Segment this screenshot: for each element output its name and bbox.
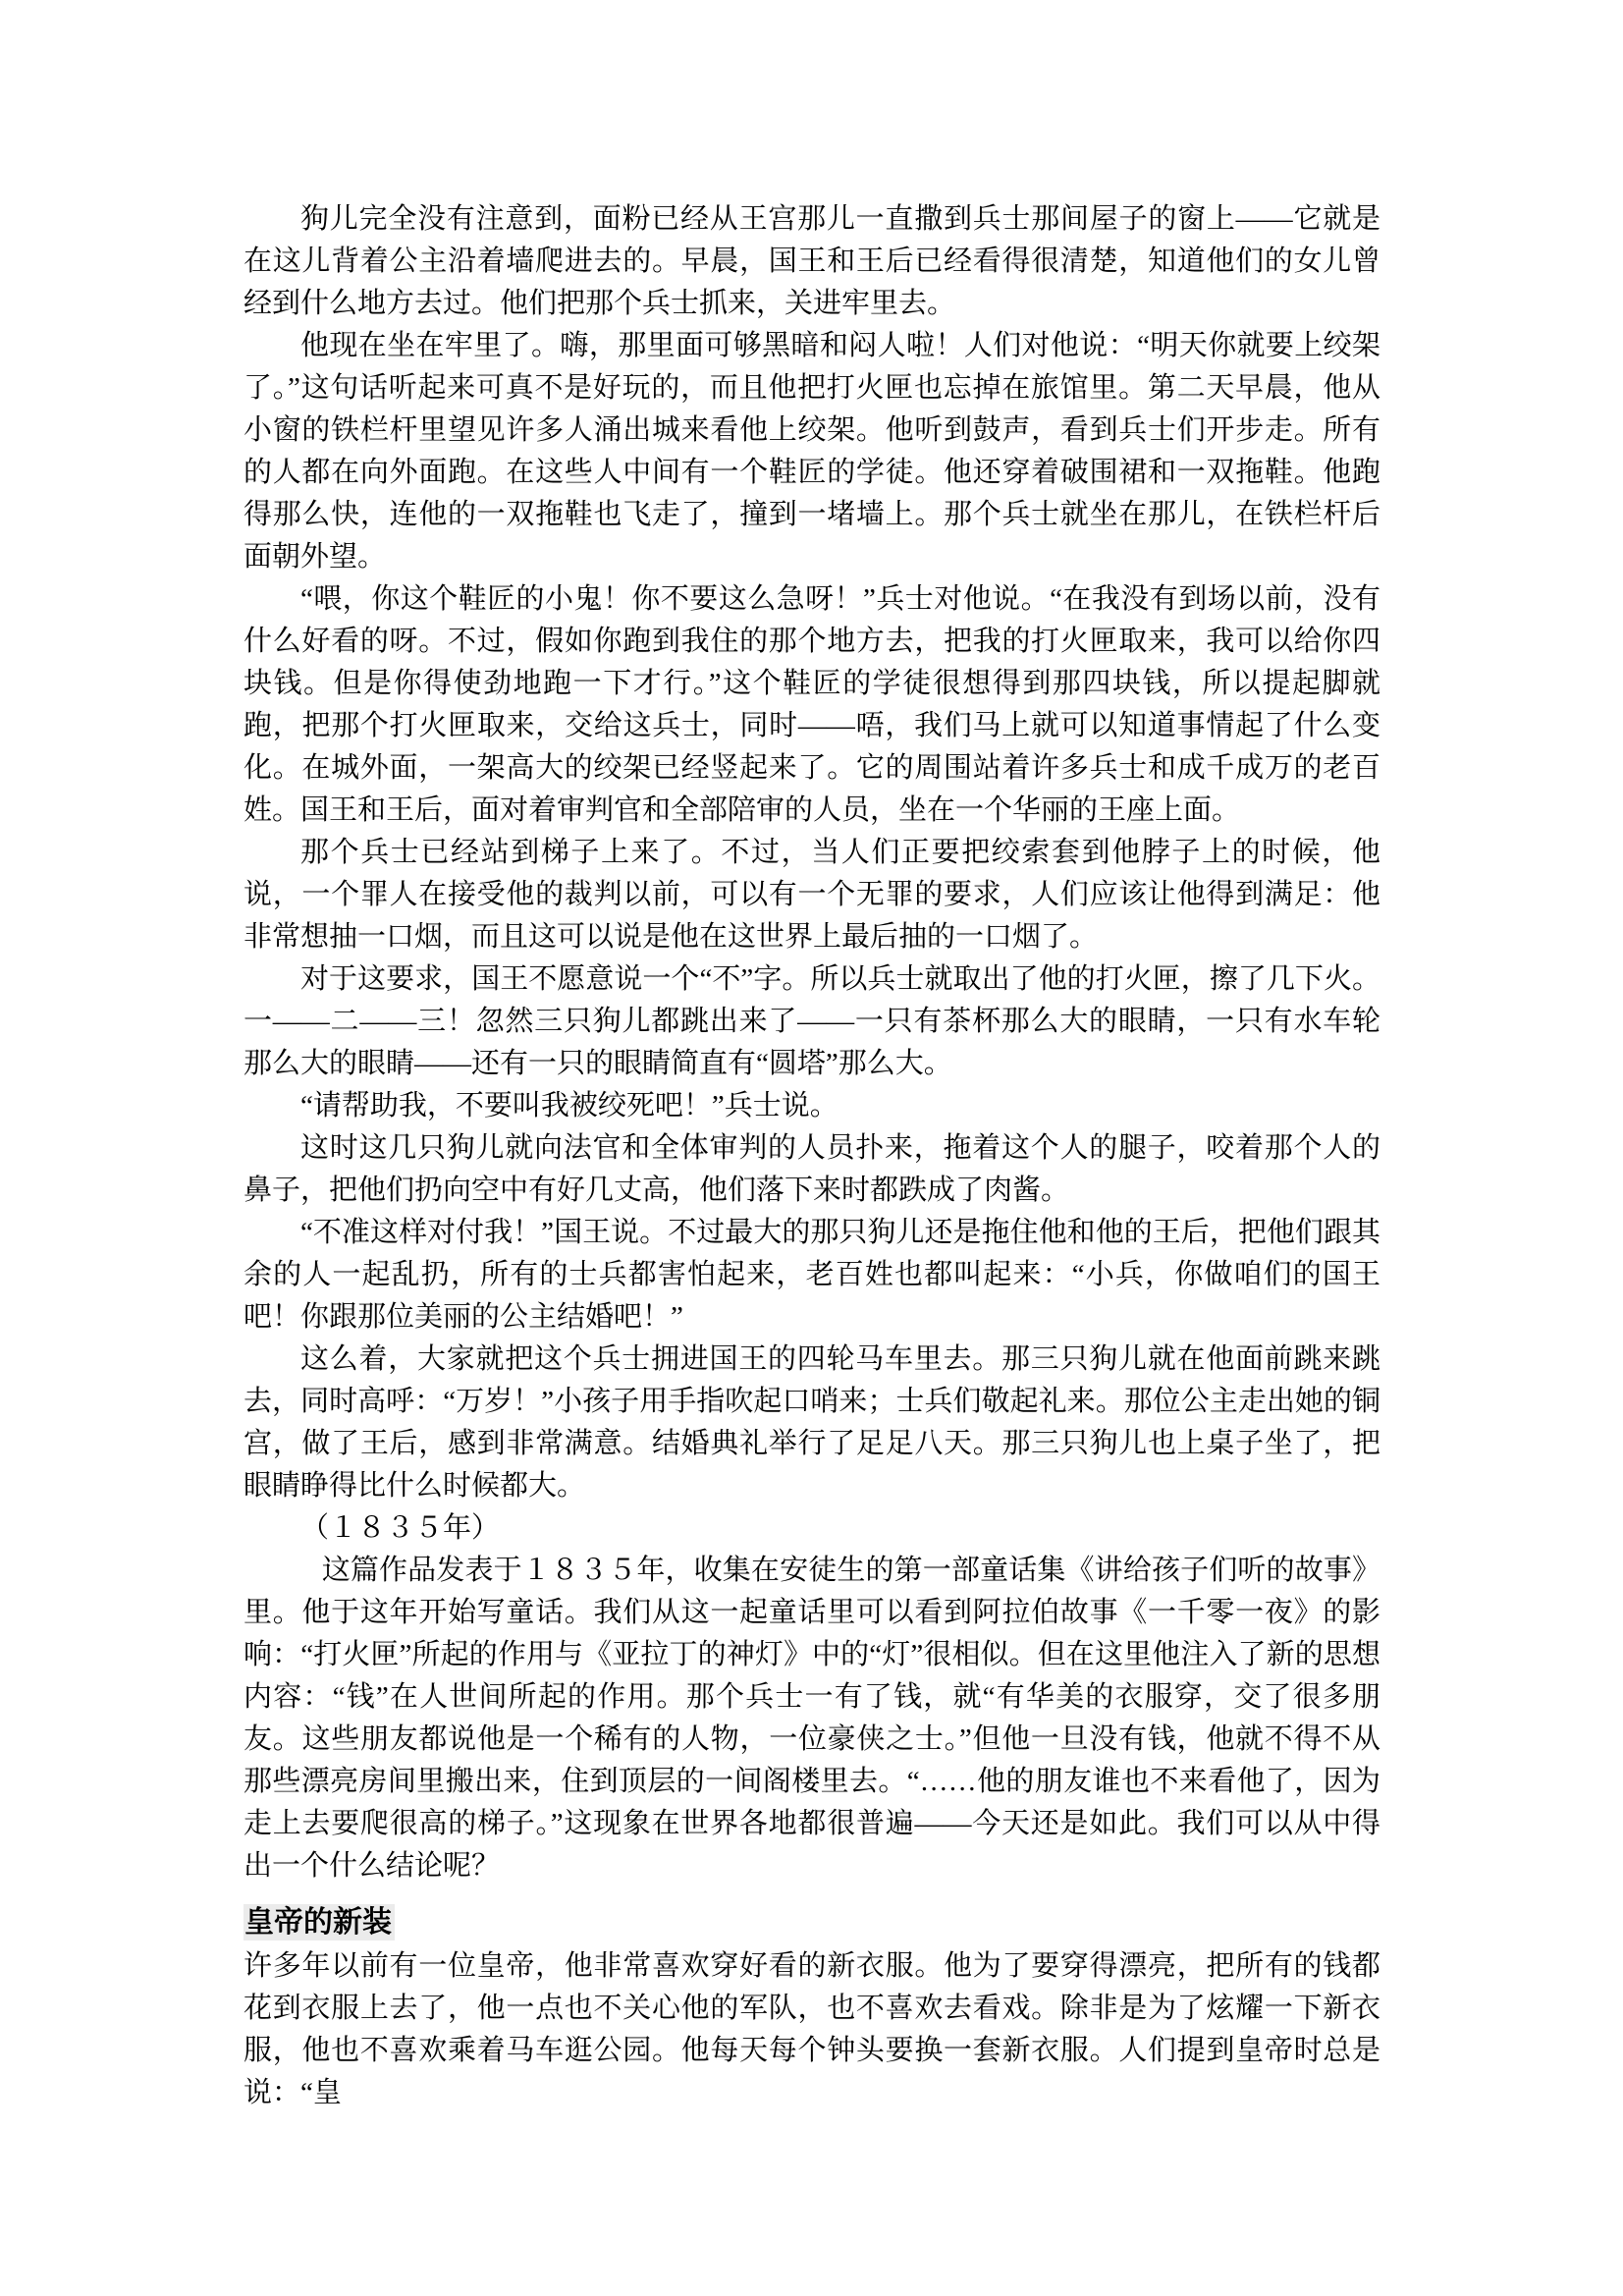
story-paragraph: 他现在坐在牢里了。嗨，那里面可够黑暗和闷人啦！人们对他说：“明天你就要上绞架了。… [243,325,1380,578]
year-note: （１８３５年） [243,1507,1380,1550]
story-paragraph: 那个兵士已经站到梯子上来了。不过，当人们正要把绞索套到他脖子上的时候，他说，一个… [243,832,1380,958]
document-page: 狗儿完全没有注意到，面粉已经从王宫那儿一直撒到兵士那间屋子的窗上——它就是在这儿… [0,0,1623,2296]
story-paragraph: 这时这几只狗儿就向法官和全体审判的人员扑来，拖着这个人的腿子，咬着那个人的鼻子，… [243,1127,1380,1212]
story-paragraph: “不准这样对付我！”国王说。不过最大的那只狗儿还是拖住他和他的王后，把他们跟其余… [243,1212,1380,1339]
story-heading-text: 皇帝的新装 [243,1904,395,1941]
story-paragraph: 许多年以前有一位皇帝，他非常喜欢穿好看的新衣服。他为了要穿得漂亮，把所有的钱都花… [243,1945,1380,2114]
story-paragraph: 狗儿完全没有注意到，面粉已经从王宫那儿一直撒到兵士那间屋子的窗上——它就是在这儿… [243,198,1380,325]
story-paragraph: 这么着，大家就把这个兵士拥进国王的四轮马车里去。那三只狗儿就在他面前跳来跳去，同… [243,1339,1380,1507]
text-content: 狗儿完全没有注意到，面粉已经从王宫那儿一直撒到兵士那间屋子的窗上——它就是在这儿… [243,198,1380,2114]
story-paragraph: 对于这要求，国王不愿意说一个“不”字。所以兵士就取出了他的打火匣，擦了几下火。一… [243,958,1380,1085]
commentary-paragraph: 这篇作品发表于１８３５年，收集在安徒生的第一部童话集《讲给孩子们听的故事》里。他… [243,1550,1380,1887]
story-heading: 皇帝的新装 [243,1901,1380,1943]
story-paragraph: “喂，你这个鞋匠的小鬼！你不要这么急呀！”兵士对他说。“在我没有到场以前，没有什… [243,578,1380,832]
story-paragraph: “请帮助我，不要叫我被绞死吧！”兵士说。 [243,1085,1380,1127]
